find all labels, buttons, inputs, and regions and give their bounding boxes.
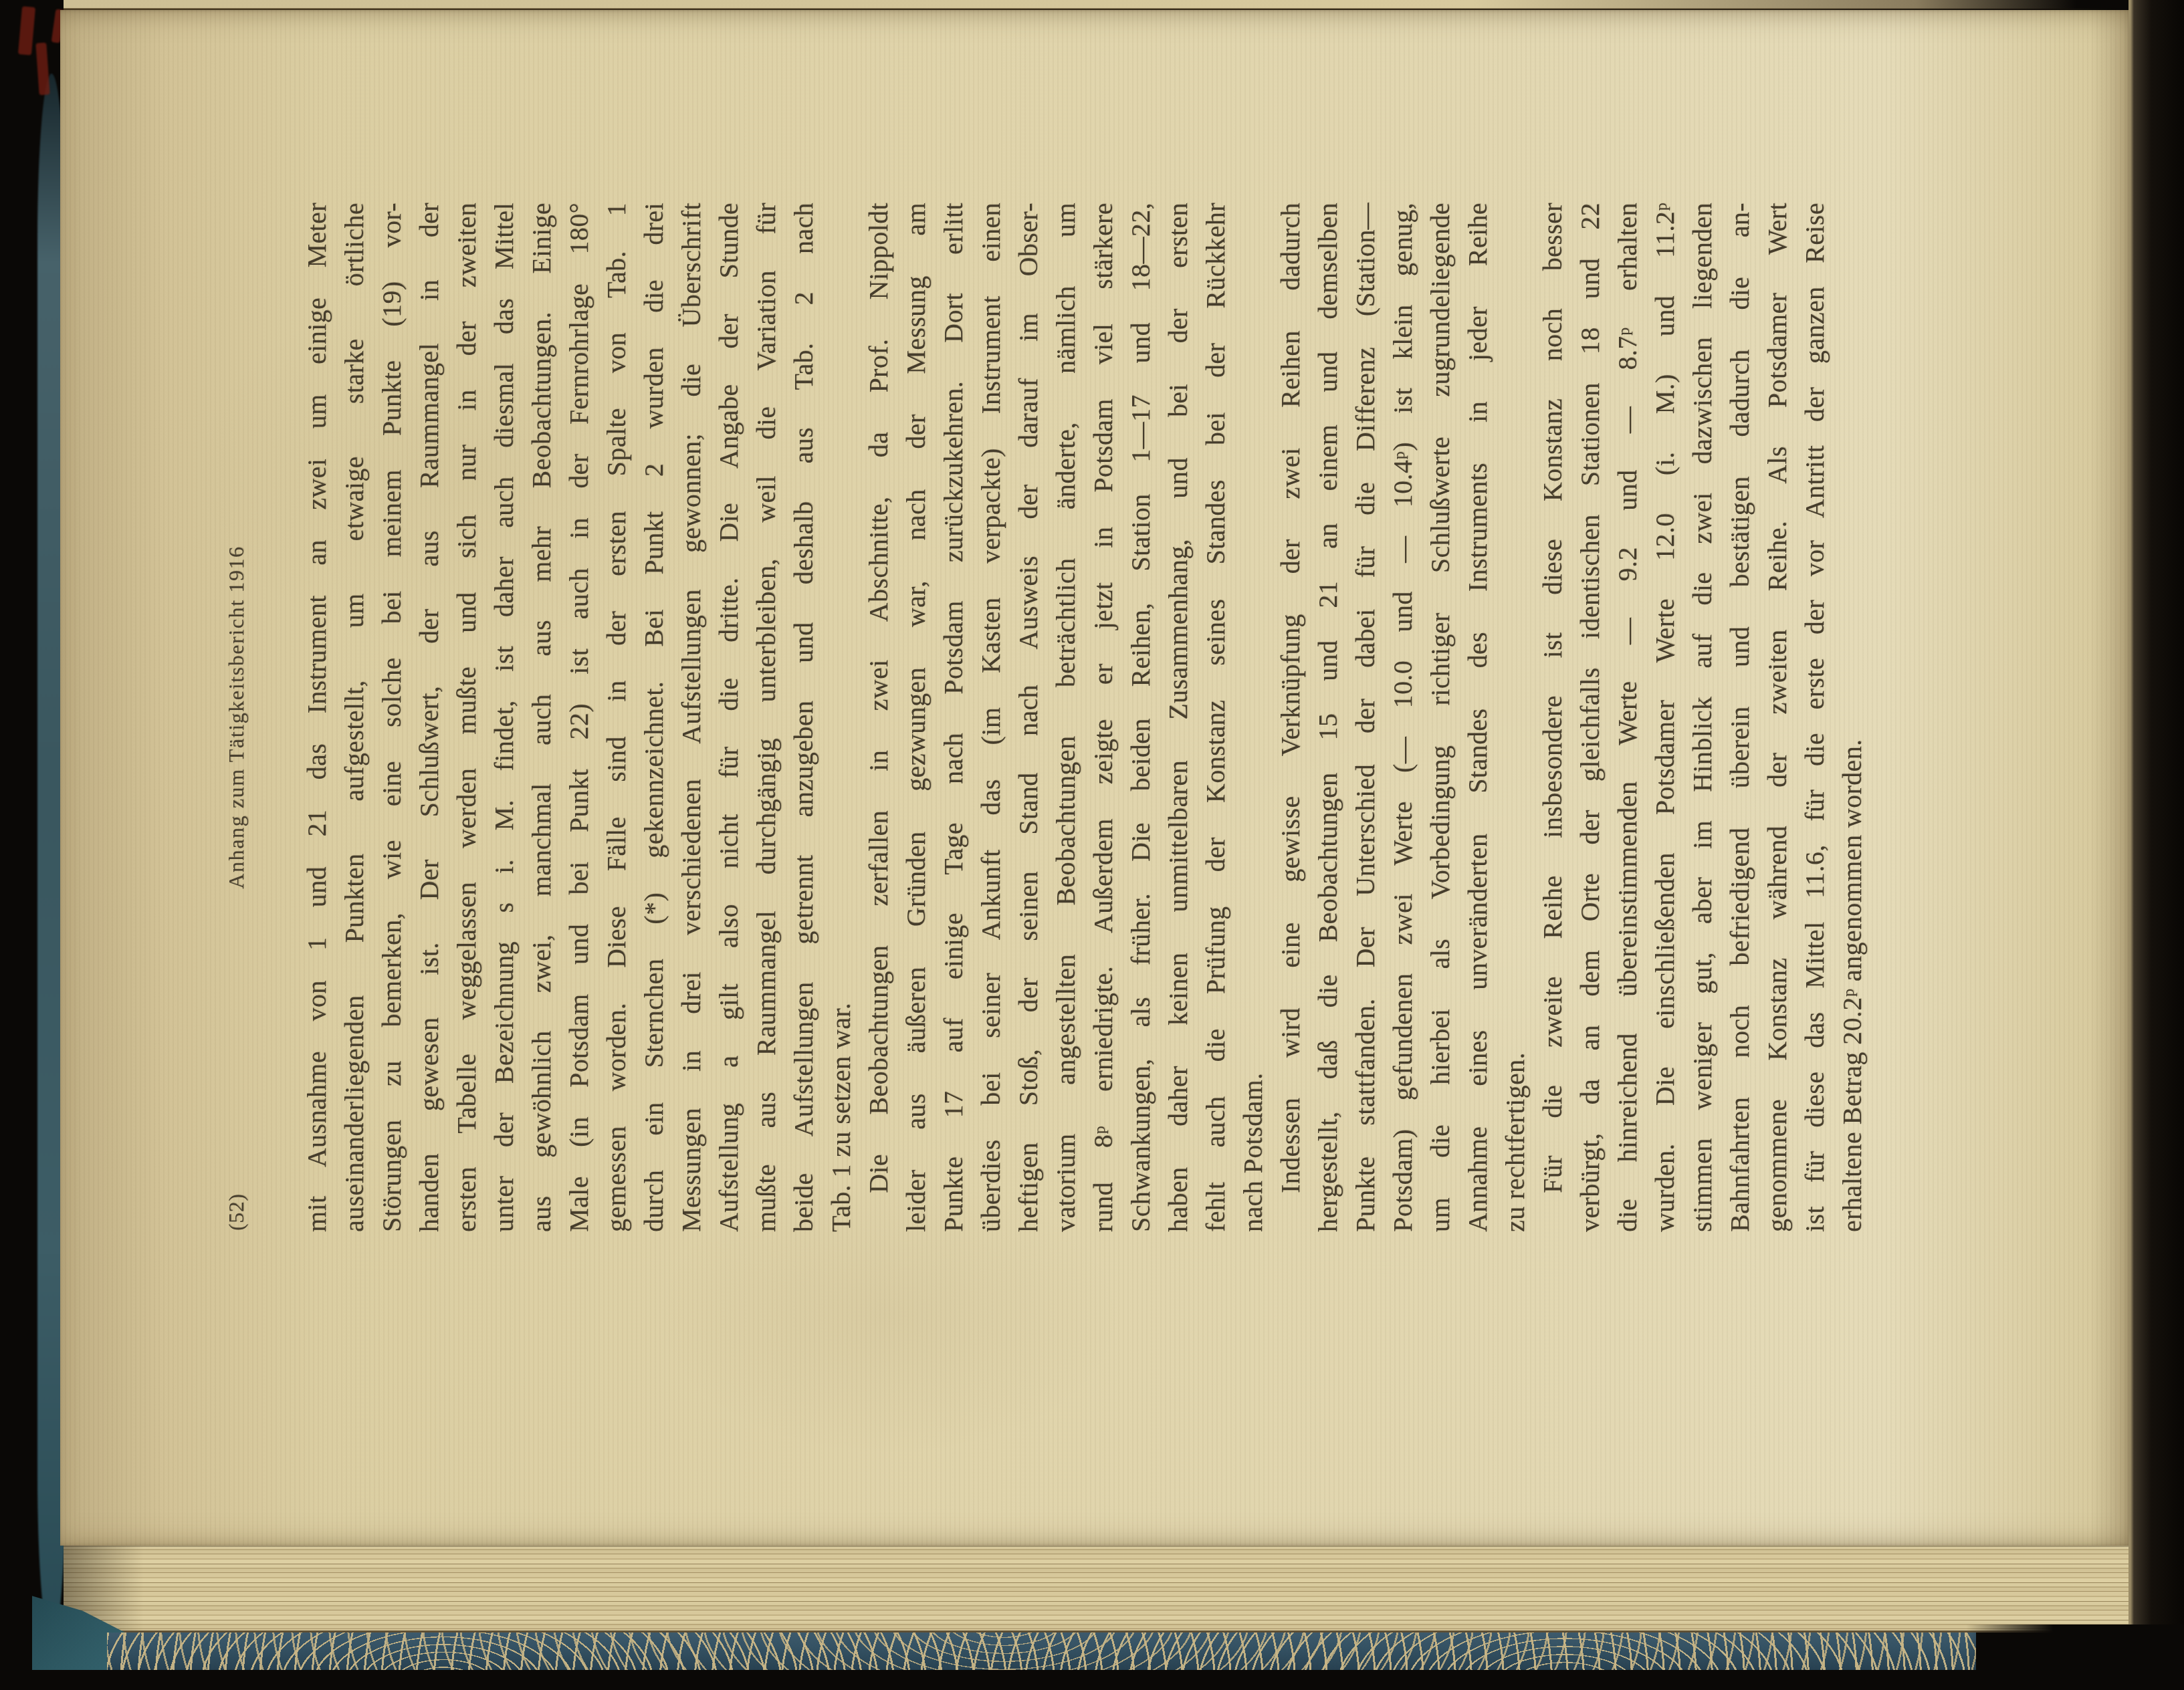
text-line: beide Aufstellungen getrennt anzugeben u…	[785, 203, 823, 1232]
text-line: mußte aus Raummangel durchgängig unterbl…	[748, 203, 785, 1232]
text-line: gemessen worden. Diese Fälle sind in der…	[598, 203, 635, 1232]
text-line: Aufstellung a gilt also nicht für die dr…	[710, 203, 748, 1232]
red-ink-mark	[35, 43, 49, 96]
stacked-page-edges	[64, 1546, 2131, 1633]
text-line: auseinanderliegenden Punkten aufgestellt…	[336, 203, 373, 1232]
text-line: Indessen wird eine gewisse Verknüpfung d…	[1272, 203, 1309, 1232]
text-line: erhaltene Betrag 20.2ᵖ angenommen worden…	[1834, 203, 1871, 1232]
text-line: mit Ausnahme von 1 und 21 das Instrument…	[298, 203, 336, 1232]
text-line: nach Potsdam.	[1234, 203, 1272, 1232]
page-number: (52)	[221, 1194, 251, 1231]
text-line: Für die zweite Reihe insbesondere ist di…	[1534, 203, 1571, 1232]
text-line: hergestellt, daß die Beobachtungen 15 un…	[1309, 203, 1347, 1232]
running-head: (52) Anhang zum Tätigkeitsbericht 1916	[221, 203, 251, 1232]
text-line: zu rechtfertigen.	[1497, 203, 1534, 1232]
text-line: durch ein Sternchen (*) gekennzeichnet. …	[635, 203, 673, 1232]
text-line: ersten Tabelle weggelassen werden mußte …	[448, 203, 485, 1232]
text-line: überdies bei seiner Ankunft das (im Kast…	[972, 203, 1010, 1232]
paragraphs: mit Ausnahme von 1 und 21 das Instrument…	[298, 203, 1871, 1232]
text-line: verbürgt, da an dem Orte der gleichfalls…	[1571, 203, 1609, 1232]
text-line: Male (in Potsdam und bei Punkt 22) ist a…	[560, 203, 598, 1232]
text-line: Punkte 17 auf einige Tage nach Potsdam z…	[935, 203, 972, 1232]
text-line: haben daher keinen unmittelbaren Zusamme…	[1160, 203, 1197, 1232]
text-line: Bahnfahrten noch befriedigend überein un…	[1721, 203, 1759, 1232]
text-line: heftigen Stoß, der seinen Stand nach Aus…	[1010, 203, 1047, 1232]
text-line: rund 8ᵖ erniedrigte. Außerdem zeigte er …	[1085, 203, 1122, 1232]
text-line: um die hierbei als Vorbedingung richtige…	[1422, 203, 1459, 1232]
text-line: die hinreichend übereinstimmenden Werte …	[1609, 203, 1646, 1232]
bottom-right-shadow	[1966, 1624, 2184, 1690]
text-line: stimmen weniger gut, aber im Hinblick au…	[1684, 203, 1721, 1232]
text-line: unter der Bezeichnung s i. M. findet, is…	[485, 203, 523, 1232]
text-line: genommene Konstanz während der zweiten R…	[1759, 203, 1796, 1232]
red-ink-mark	[18, 6, 35, 55]
text-line: Annahme eines unveränderten Standes des …	[1459, 203, 1497, 1232]
text-line: vatorium angestellten Beobachtungen betr…	[1047, 203, 1085, 1232]
running-title: Anhang zum Tätigkeitsbericht 1916	[221, 203, 251, 1232]
text-line: Tab. 1 zu setzen war.	[823, 203, 860, 1232]
text-line: Punkte stattfanden. Der Unterschied der …	[1347, 203, 1384, 1232]
text-line: ist für diese das Mittel 11.6, für die e…	[1796, 203, 1834, 1232]
marbled-endpaper	[107, 1633, 1976, 1671]
text-line: aus gewöhnlich zwei, manchmal auch aus m…	[523, 203, 560, 1232]
text-line: leider aus äußeren Gründen gezwungen war…	[897, 203, 935, 1232]
text-line: wurden. Die einschließenden Potsdamer We…	[1646, 203, 1684, 1232]
text-line: Schwankungen, als früher. Die beiden Rei…	[1122, 203, 1160, 1232]
text-line: handen gewesen ist. Der Schlußwert, der …	[411, 203, 448, 1232]
page-right-edge-shadow	[2128, 0, 2184, 1690]
text-line: Potsdam) gefundenen zwei Werte (— 10.0 u…	[1384, 203, 1422, 1232]
text-line: fehlt auch die Prüfung der Konstanz sein…	[1197, 203, 1234, 1232]
text-line: Messungen in drei verschiedenen Aufstell…	[673, 203, 710, 1232]
text-line: Störungen zu bemerken, wie eine solche b…	[373, 203, 411, 1232]
background-bottom	[0, 1670, 2184, 1690]
rotated-text-block: (52) Anhang zum Tätigkeitsbericht 1916 m…	[221, 203, 1906, 1232]
book-scan-photo: (52) Anhang zum Tätigkeitsbericht 1916 m…	[0, 0, 2184, 1690]
text-line: Die Beobachtungen zerfallen in zwei Absc…	[860, 203, 897, 1232]
